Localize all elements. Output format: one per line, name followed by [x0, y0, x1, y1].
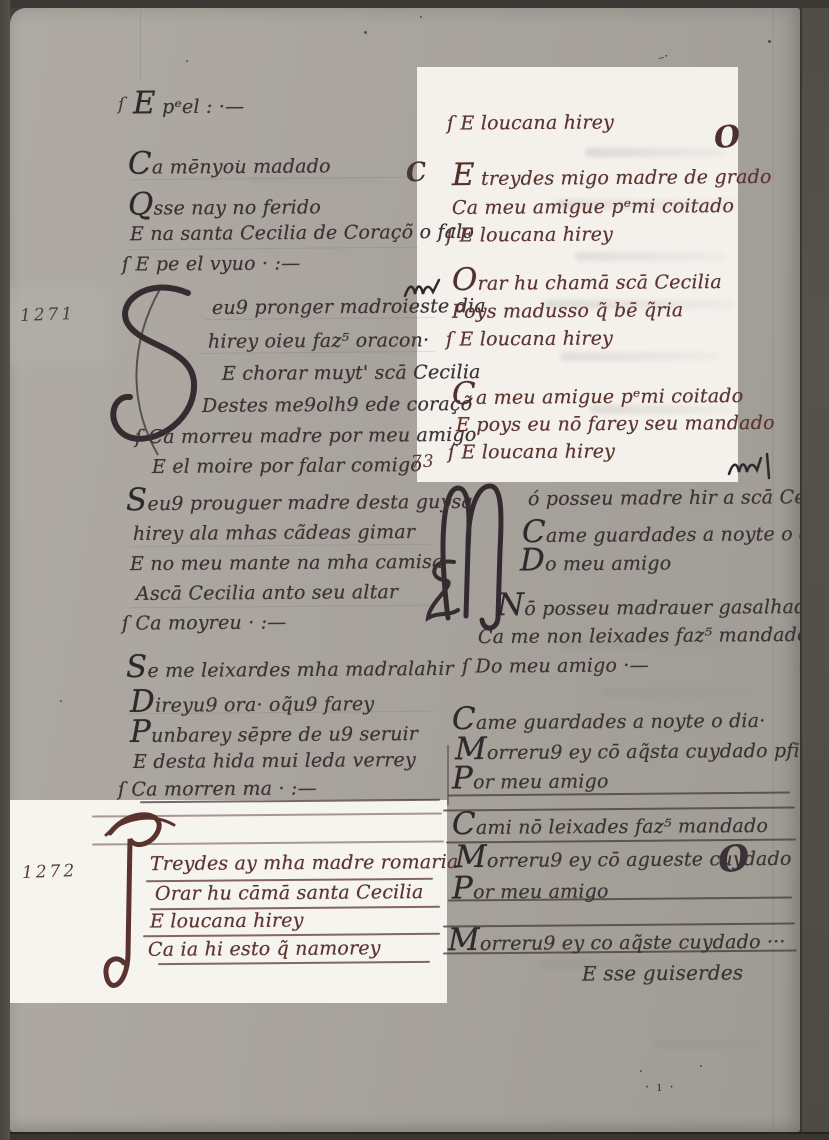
- verse-line: E poys eu nō farey seu mandado: [456, 412, 775, 436]
- verse-line: ſ Ca moyreu · :—: [122, 611, 287, 634]
- speck: [364, 31, 367, 34]
- bleedthrough-streak: [655, 1040, 775, 1049]
- photo-background-left: [0, 0, 10, 1140]
- verse-line: hirey ala mhas cãdeas gimar: [133, 521, 415, 545]
- verse-line: ſ E pe el vyuo · :—: [122, 252, 300, 275]
- margin-number-1271: 1271: [20, 304, 76, 326]
- verse-line: Ca mēnyou madado: [128, 151, 331, 178]
- speck: [186, 60, 188, 62]
- verse-line: Ca meu amigue pᵉmi coitado: [452, 381, 743, 409]
- verse-line: ſ Ca morreu madre por meu amigo: [135, 424, 477, 448]
- verse-line: Do meu amigo: [520, 548, 671, 575]
- bleedthrough-streak: [585, 148, 725, 157]
- verse-line: Ca meu amigue pᵉmi coitado: [452, 195, 734, 219]
- verse-line: Orar hu chamā scā Cecilia: [452, 267, 722, 295]
- verse-line: Direyu9 ora· oq̃u9 farey: [130, 689, 374, 717]
- verse-line: ſ E loucana hirey: [446, 223, 613, 246]
- margin-number-73: 73: [411, 452, 435, 473]
- verse-line: ſ E loucana hirey: [446, 327, 613, 350]
- manuscript-photo: S T N ſ E pᵉ: [0, 0, 829, 1140]
- verse-line: Came guardades a noyte o dia: [522, 519, 829, 547]
- verse-line: E loucana hirey: [150, 909, 304, 932]
- verse-line: ſ Ca morren ma · :—: [118, 777, 317, 800]
- speck: [238, 160, 240, 162]
- verse-line: ſ E loucana hirey: [447, 111, 614, 134]
- verse-line: Destes me9olh9 ede coraçõ: [202, 393, 473, 417]
- verse-line: Poys madusso q̃ bē q̃ria: [452, 299, 684, 323]
- verse-line: Por meu amigo: [452, 876, 609, 903]
- page-crease: [140, 8, 141, 80]
- verse-line: Por meu amigo: [452, 766, 609, 793]
- verse-line: Cami nō leixades faz⁵ mandado: [452, 811, 768, 839]
- verse-line: E no meu mante na mha camisa: [130, 551, 444, 575]
- verse-line: Ascā Cecilia anto seu altar: [136, 581, 398, 605]
- light-patch: [0, 288, 112, 364]
- verse-line: eu9 pronger madroieste dia: [212, 295, 486, 319]
- verse-line: ó posseu madre hir a scā Cecilia·: [528, 486, 829, 510]
- verse-line: Morreru9 ey cō aq̃sta cuydado pfia: [455, 736, 812, 764]
- verse-line: E na santa Cecilia de Coraçõ o falo: [130, 221, 474, 245]
- verse-line: hirey oieu faz⁵ oracon·: [208, 329, 429, 353]
- photo-background-top: [0, 0, 829, 8]
- verse-line: ſ E loucana hirey: [448, 440, 615, 463]
- speck: [700, 1065, 702, 1067]
- bleedthrough-streak: [575, 252, 725, 261]
- verse-line: Ca ia hi esto q̃ namorey: [148, 937, 381, 961]
- verse-line: Came guardades a noyte o dia·: [452, 706, 766, 734]
- page-fold: [772, 8, 774, 1132]
- verse-line: E el moire por falar comigo: [152, 454, 422, 478]
- verse-line: Morreru9 ey co aq̃ste cuydado ···: [448, 927, 786, 955]
- verse-line: Nō posseu madrauer gasalhada·: [497, 592, 824, 620]
- verse-line: Seu9 prouguer madre desta guysa·: [126, 487, 479, 515]
- bleedthrough-streak: [560, 352, 720, 361]
- margin-letter-o: O: [712, 119, 742, 157]
- speck: [640, 1070, 642, 1072]
- page-bottom-edge: [0, 1132, 829, 1140]
- verse-line: Ca me non leixades faz⁵ mandado: [478, 624, 809, 648]
- margin-stroke: [447, 745, 449, 805]
- verse-line: Orar hu cāmā santa Cecilia: [155, 881, 424, 905]
- foliation-dots: · ı ·: [645, 1080, 676, 1095]
- speck: [768, 40, 771, 43]
- edge-letter-c: C: [404, 157, 428, 189]
- bleedthrough-streak: [600, 688, 750, 697]
- verse-line: Treydes ay mha madre romaria: [150, 851, 459, 875]
- verse-line: E chorar muyt' scā Cecilia: [222, 361, 481, 385]
- margin-letter-o: O: [716, 836, 752, 881]
- verse-line: Punbarey sēpre de u9 seruir: [130, 719, 418, 747]
- verse-line: E desta hida mui leda verrey: [133, 749, 416, 773]
- ink-mark: [727, 452, 773, 482]
- verse-line: ſ Do meu amigo ·—: [462, 654, 649, 677]
- paragraph-mark: ſ: [118, 94, 125, 115]
- verse-line: E pᵉel : ·—: [133, 92, 244, 119]
- verse-line: Se me leixardes mha madralahir: [126, 654, 454, 682]
- verse-line: Qsse nay no ferido: [128, 192, 321, 219]
- verse-line: E sse guiserdes: [582, 961, 743, 984]
- photo-background-right: [800, 0, 829, 1140]
- speck: [420, 16, 422, 18]
- speck: [60, 700, 62, 702]
- verse-line: E treydes migo madre de grado: [452, 162, 772, 190]
- margin-number-1272: 1272: [22, 861, 78, 883]
